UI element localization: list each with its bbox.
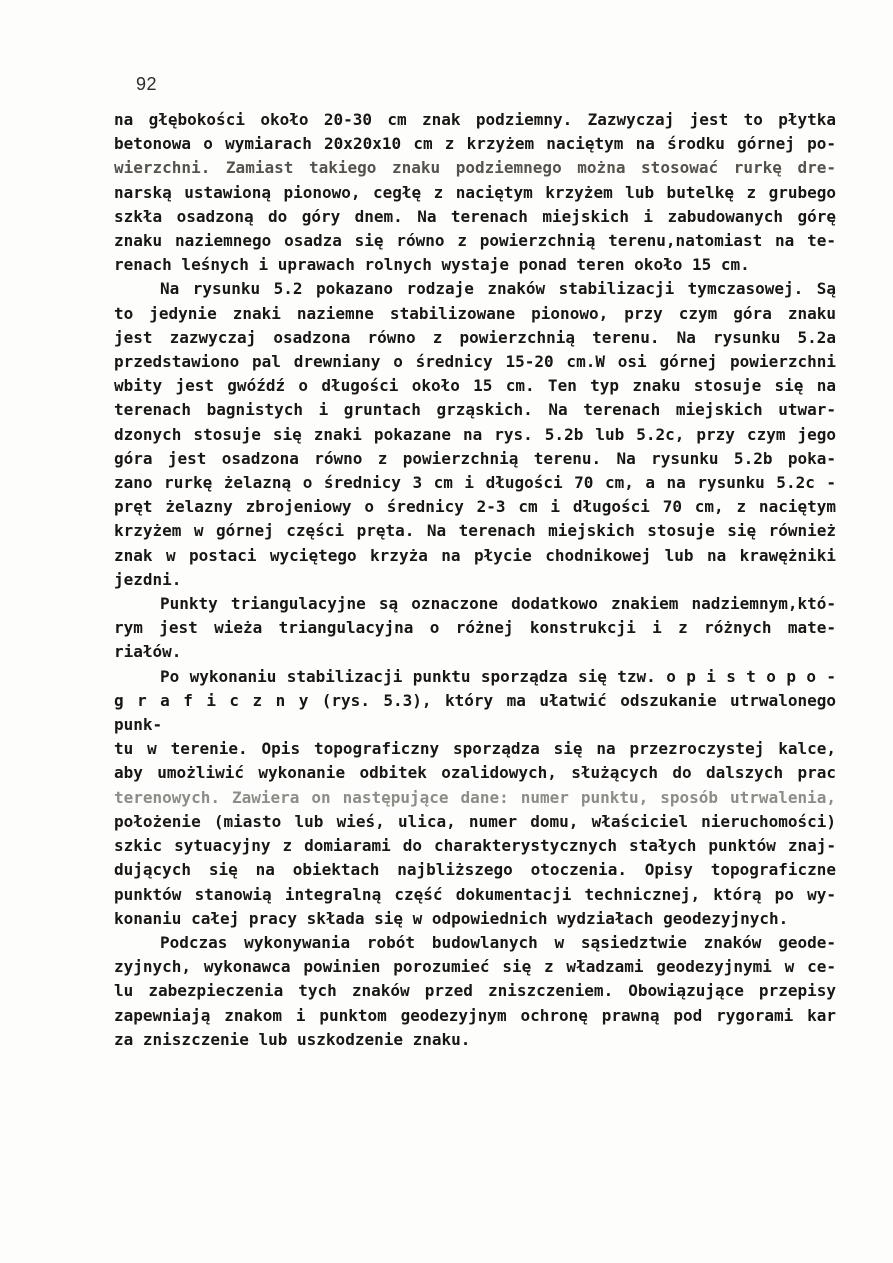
text-line: wierzchni. Zamiast takiego znaku podziem… [114,156,836,180]
text-line: riałów. [114,640,836,664]
text-line: narską ustawioną pionowo, cegłę z nacięt… [114,181,836,205]
text-line: zapewniają znakom i punktom geodezyjnym … [114,1004,836,1028]
text-line: na głębokości około 20-30 cm znak podzie… [114,108,836,132]
text-line: aby umożliwić wykonanie odbitek ozalidow… [114,761,836,785]
text-line: położenie (miasto lub wieś, ulica, numer… [114,810,836,834]
text-line: to jedynie znaki naziemne stabilizowane … [114,302,836,326]
text-line: pręt żelazny zbrojeniowy o średnicy 2-3 … [114,495,836,519]
text-line: konaniu całej pracy składa się w odpowie… [114,907,836,931]
paragraph: na głębokości około 20-30 cm znak podzie… [114,108,836,277]
text-line: Punkty triangulacyjne są oznaczone dodat… [114,592,836,616]
scanned-page: 92 na głębokości około 20-30 cm znak pod… [0,0,893,1263]
text-line: krzyżem w górnej części pręta. Na terena… [114,519,836,543]
page-number: 92 [136,74,157,95]
paragraph: Podczas wykonywania robót budowlanych w … [114,931,836,1052]
text-line: jezdni. [114,568,836,592]
text-line: wbity jest gwóźdź o długości około 15 cm… [114,374,836,398]
text-line: za zniszczenie lub uszkodzenie znaku. [114,1028,836,1052]
text-line: zano rurkę żelazną o średnicy 3 cm i dłu… [114,471,836,495]
text-line: góra jest osadzona równo z powierzchnią … [114,447,836,471]
paragraph: Na rysunku 5.2 pokazano rodzaje znaków s… [114,277,836,592]
text-line: lu zabezpieczenia tych znaków przed znis… [114,979,836,1003]
text-line: dzonych stosuje się znaki pokazane na ry… [114,423,836,447]
paragraph: Po wykonaniu stabilizacji punktu sporząd… [114,665,836,931]
paragraph: Punkty triangulacyjne są oznaczone dodat… [114,592,836,665]
text-line: Na rysunku 5.2 pokazano rodzaje znaków s… [114,277,836,301]
text-line: Po wykonaniu stabilizacji punktu sporząd… [114,665,836,689]
text-line: szkic sytuacyjny z domiarami do charakte… [114,834,836,858]
text-line: przedstawiono pal drewniany o średnicy 1… [114,350,836,374]
text-line: znak w postaci wyciętego krzyża na płyci… [114,544,836,568]
text-line: renach leśnych i uprawach rolnych wystaj… [114,253,836,277]
text-line: Podczas wykonywania robót budowlanych w … [114,931,836,955]
text-line: tu w terenie. Opis topograficzny sporząd… [114,737,836,761]
text-line: terenowych. Zawiera on następujące dane:… [114,786,836,810]
text-line: znaku naziemnego osadza się równo z powi… [114,229,836,253]
text-line: szkła osadzoną do góry dnem. Na terenach… [114,205,836,229]
text-line: betonowa o wymiarach 20x20x10 cm z krzyż… [114,132,836,156]
text-line: g r a f i c z n y (rys. 5.3), który ma u… [114,689,836,737]
text-line: punktów stanowią integralną część dokume… [114,883,836,907]
text-line: rym jest wieża triangulacyjna o różnej k… [114,616,836,640]
text-line: dujących się na obiektach najbliższego o… [114,858,836,882]
text-line: terenach bagnistych i gruntach grząskich… [114,398,836,422]
text-line: jest zazwyczaj osadzona równo z powierzc… [114,326,836,350]
text-line: zyjnych, wykonawca powinien porozumieć s… [114,955,836,979]
text-block: na głębokości około 20-30 cm znak podzie… [114,108,836,1052]
